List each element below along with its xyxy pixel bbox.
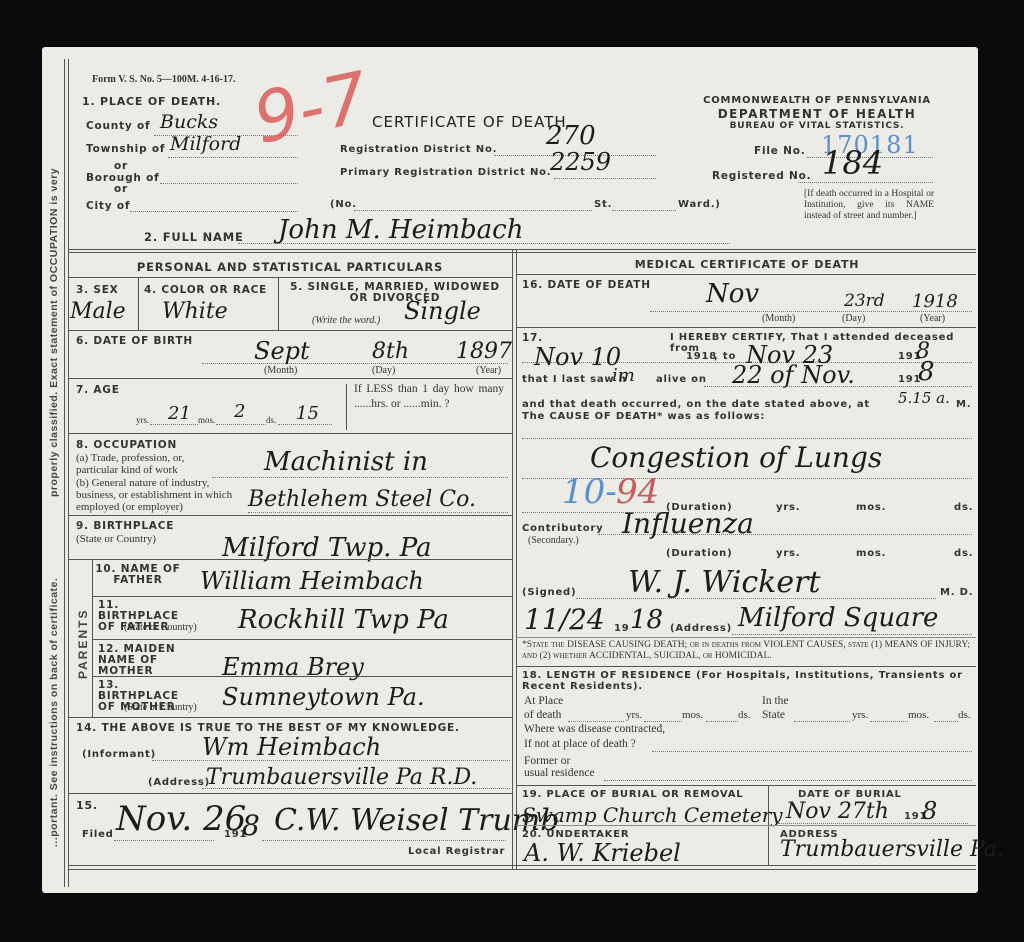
row-rule xyxy=(92,676,512,677)
dod-label: 16. DATE OF DEATH xyxy=(522,279,651,291)
dod-year: 1918 xyxy=(912,291,958,312)
signed-year: 18 xyxy=(630,605,663,635)
mother-birthplace: Sumneytown Pa. xyxy=(222,683,425,711)
ward-field xyxy=(612,199,676,211)
less-than-day-note: If LESS than 1 day how many ......hrs. o… xyxy=(354,382,504,412)
margin-note-lower: ...portant. See instructions on back of … xyxy=(48,578,60,847)
code-red: 94 xyxy=(616,472,659,512)
full-name-field: John M. Heimbach xyxy=(238,229,730,244)
row-rule xyxy=(516,274,976,275)
full-name-label: 2. FULL NAME xyxy=(144,230,244,244)
agency-line3: BUREAU OF VITAL STATISTICS. xyxy=(692,121,942,131)
father-name-label: 10. NAME OF FATHER xyxy=(92,564,184,586)
month-caption: (Month) xyxy=(762,313,795,324)
street-field xyxy=(354,199,592,211)
yrs-label: yrs. xyxy=(776,502,800,513)
or-label: or xyxy=(114,160,128,172)
physician-address-line xyxy=(732,633,972,635)
row-rule xyxy=(92,639,512,640)
attended-from-year: 1918 xyxy=(686,351,717,362)
undertaker-address: Trumbauersville Pa. xyxy=(780,837,1004,862)
filed-label: Filed xyxy=(82,829,114,840)
at-place-label: At Place xyxy=(524,695,563,707)
row-rule xyxy=(68,277,512,278)
in-the-label: In the xyxy=(762,695,789,707)
undertaker: A. W. Kriebel xyxy=(524,839,681,867)
primary-district-field: 2259 xyxy=(554,166,656,179)
age-mos-line xyxy=(216,423,266,425)
time-value: 5.15 a. xyxy=(898,389,950,407)
hospital-note: [If death occurred in a Hospital or Inst… xyxy=(804,189,934,222)
street-label: St. xyxy=(594,199,612,210)
filed-year: 8 xyxy=(242,809,260,842)
cause-intro: The CAUSE OF DEATH* was as follows: xyxy=(522,411,765,422)
physician-signature: W. J. Wickert xyxy=(628,565,820,600)
former-label: Former or xyxy=(524,755,570,767)
divider-top xyxy=(68,249,976,250)
burial-label: 19. PLACE OF BURIAL OR REMOVAL xyxy=(522,789,743,800)
usual-residence-label: usual residence xyxy=(524,767,595,779)
occupation-a-value: Machinist in xyxy=(264,447,428,477)
marital-value: Single xyxy=(404,297,481,325)
duration-label-2: (Duration) xyxy=(666,548,732,559)
informant-address: Trumbauersville Pa R.D. xyxy=(206,765,477,790)
father-birthplace: Rockhill Twp Pa xyxy=(238,605,449,635)
code-blue: 10- xyxy=(562,472,617,512)
row-rule xyxy=(68,515,512,516)
township-label: Township of xyxy=(86,143,165,155)
dob-year: 1897 xyxy=(456,339,512,364)
residence-place-mos xyxy=(644,720,682,722)
residence-state-mos xyxy=(870,720,908,722)
ward-label: Ward.) xyxy=(678,199,721,210)
sex-label: 3. SEX xyxy=(76,284,119,296)
row-rule xyxy=(516,637,976,638)
place-of-death-heading: 1. PLACE OF DEATH. xyxy=(82,95,221,108)
column-divider xyxy=(512,249,513,869)
state-or-country-hint: (State or Country) xyxy=(124,622,197,633)
age-yrs: 21 xyxy=(168,403,191,424)
of-death-label: of death xyxy=(524,709,561,721)
registrar-label: Local Registrar xyxy=(408,846,505,857)
father-name: William Heimbach xyxy=(200,567,424,595)
divider-top-2 xyxy=(68,252,976,253)
certificate-title: CERTIFICATE OF DEATH xyxy=(372,113,567,131)
or-label-2: or xyxy=(114,183,128,195)
cell-rule xyxy=(138,277,139,330)
residence-place-ds xyxy=(706,720,738,722)
birthplace-label: 9. BIRTHPLACE xyxy=(76,520,174,532)
death-certificate: properly classified. Exact statement of … xyxy=(42,47,978,893)
if-not-label: If not at place of death ? xyxy=(524,738,636,750)
occupation-label: 8. OCCUPATION xyxy=(76,439,177,451)
dob-label: 6. DATE OF BIRTH xyxy=(76,335,193,347)
row-rule xyxy=(68,330,512,331)
state-yrs-label: yrs. xyxy=(852,709,868,721)
cause-footnote: *State the DISEASE CAUSING DEATH; or in … xyxy=(522,640,970,662)
city-label: City of xyxy=(86,200,130,212)
ds-label-2: ds. xyxy=(954,548,973,559)
mos-label: mos. xyxy=(856,502,886,513)
cause-contributory: Influenza xyxy=(622,507,754,540)
signed-date: 11/24 xyxy=(524,603,605,636)
row-rule xyxy=(68,378,512,379)
residence-label: 18. LENGTH OF RESIDENCE (For Hospitals, … xyxy=(522,670,968,692)
residence-ds-label: ds. xyxy=(738,709,751,721)
row-rule xyxy=(516,327,976,328)
sex-value: Male xyxy=(70,299,126,324)
registrar-line xyxy=(262,839,506,841)
occupation-b-value: Bethlehem Steel Co. xyxy=(248,487,476,512)
county-label: County of xyxy=(86,120,150,132)
agency-line1: COMMONWEALTH OF PENNSYLVANIA xyxy=(692,95,942,106)
residence-state-yrs xyxy=(794,720,850,722)
age-ds: 15 xyxy=(296,403,319,424)
primary-district-label: Primary Registration District No. xyxy=(340,167,551,178)
where-contracted-label: Where was disease contracted, xyxy=(524,723,665,735)
margin-rule-2 xyxy=(68,59,69,887)
physician-address: Milford Square xyxy=(738,603,938,633)
informant-address-label: (Address) xyxy=(148,777,210,788)
street-number-label: (No. xyxy=(330,199,357,210)
year-caption: (Year) xyxy=(476,365,501,376)
year-caption: (Year) xyxy=(920,313,945,324)
alive-on-label: alive on xyxy=(656,374,707,385)
informant-label: (Informant) xyxy=(82,749,156,760)
mos-label-2: mos. xyxy=(856,548,886,559)
registered-no-label: Registered No. xyxy=(712,170,811,182)
personal-heading: PERSONAL AND STATISTICAL PARTICULARS xyxy=(70,260,510,274)
day-caption: (Day) xyxy=(372,365,395,376)
usual-residence-line xyxy=(604,779,972,781)
medical-heading: MEDICAL CERTIFICATE OF DEATH xyxy=(518,258,976,271)
reg-district-label: Registration District No. xyxy=(340,144,497,155)
contributory-label: Contributory xyxy=(522,523,603,534)
registered-no-field: 184 xyxy=(798,170,933,183)
birthplace-hint: (State or Country) xyxy=(76,533,156,545)
ds-label: ds. xyxy=(954,502,973,513)
cause-primary: Congestion of Lungs xyxy=(590,441,882,474)
mother-name-label: 12. MAIDEN NAME OF MOTHER xyxy=(98,644,208,677)
occupation-b-label: (b) General nature of industry, business… xyxy=(76,477,246,513)
cause-line-1 xyxy=(522,437,972,439)
divider-bottom-2 xyxy=(68,869,976,870)
informant-value: Wm Heimbach xyxy=(202,733,381,761)
dob-day: 8th xyxy=(372,339,409,364)
burial-place: Swamp Church Cemetery xyxy=(522,803,783,827)
margin-note-upper: properly classified. Exact statement of … xyxy=(48,168,60,497)
residence-mos-label: mos. xyxy=(682,709,703,721)
age-mos: 2 xyxy=(234,401,245,422)
time-suffix: M. xyxy=(956,399,971,410)
burial-date: Nov 27th xyxy=(786,799,889,824)
signed-label: (Signed) xyxy=(522,587,576,598)
last-saw-date: 22 of Nov. xyxy=(732,361,855,389)
borough-field xyxy=(160,171,298,184)
filed-section-number: 15. xyxy=(76,799,98,812)
burial-year: 8 xyxy=(922,797,937,825)
signed-year-prefix: 19 xyxy=(614,623,630,634)
parents-label: PARENTS xyxy=(76,609,90,679)
row-rule xyxy=(516,785,976,786)
row-rule xyxy=(68,793,512,794)
age-mos-label: mos. xyxy=(198,415,215,425)
dod-day: 23rd xyxy=(844,291,885,311)
attended-from: Nov 10 xyxy=(534,343,621,371)
dob-month: Sept xyxy=(254,337,310,365)
margin-rule xyxy=(64,59,65,887)
city-field xyxy=(130,199,298,212)
marital-hint: (Write the word.) xyxy=(312,315,380,326)
age-ds-label: ds. xyxy=(266,415,276,425)
age-label: 7. AGE xyxy=(76,384,120,396)
row-rule xyxy=(68,559,512,560)
dod-month: Nov xyxy=(706,279,759,309)
yrs-label-2: yrs. xyxy=(776,548,800,559)
agency-line2: DEPARTMENT OF HEALTH xyxy=(692,107,942,121)
cell-rule xyxy=(346,384,347,430)
physician-address-label: (Address) xyxy=(670,623,732,634)
time-text: and that death occurred, on the date sta… xyxy=(522,399,870,410)
row-rule xyxy=(92,596,512,597)
state-ds-label: ds. xyxy=(958,709,971,721)
registrar-signature: C.W. Weisel Trumb xyxy=(274,803,559,838)
file-no-label: File No. xyxy=(754,145,806,157)
last-saw-pronoun: im xyxy=(612,365,635,386)
cell-rule xyxy=(278,277,279,330)
last-saw-year: 8 xyxy=(918,357,935,387)
day-caption: (Day) xyxy=(842,313,865,324)
secondary-label: (Secondary.) xyxy=(528,535,579,546)
race-label: 4. COLOR OR RACE xyxy=(144,284,267,296)
state-mos-label: mos. xyxy=(908,709,929,721)
last-saw-label: that I last saw h xyxy=(522,374,627,385)
column-divider-2 xyxy=(516,249,517,869)
row-rule xyxy=(516,825,976,826)
residence-yrs-label: yrs. xyxy=(626,709,642,721)
race-value: White xyxy=(162,299,228,324)
md-label: M. D. xyxy=(940,587,973,598)
age-yrs-label: yrs. xyxy=(136,415,149,425)
row-rule xyxy=(68,717,512,718)
state-label: State xyxy=(762,709,785,721)
filed-date-line xyxy=(114,839,214,841)
contracted-line xyxy=(652,750,972,752)
state-or-country-hint: (State or Country) xyxy=(124,702,197,713)
month-caption: (Month) xyxy=(264,365,297,376)
row-rule xyxy=(68,433,512,434)
residence-state-ds xyxy=(934,720,958,722)
row-rule xyxy=(516,666,976,667)
divider-bottom xyxy=(68,865,976,866)
occupation-a-label: (a) Trade, profession, or, particular ki… xyxy=(76,452,226,476)
residence-place-yrs xyxy=(568,720,624,722)
form-number: Form V. S. No. 5—100M. 4-16-17. xyxy=(92,74,236,85)
